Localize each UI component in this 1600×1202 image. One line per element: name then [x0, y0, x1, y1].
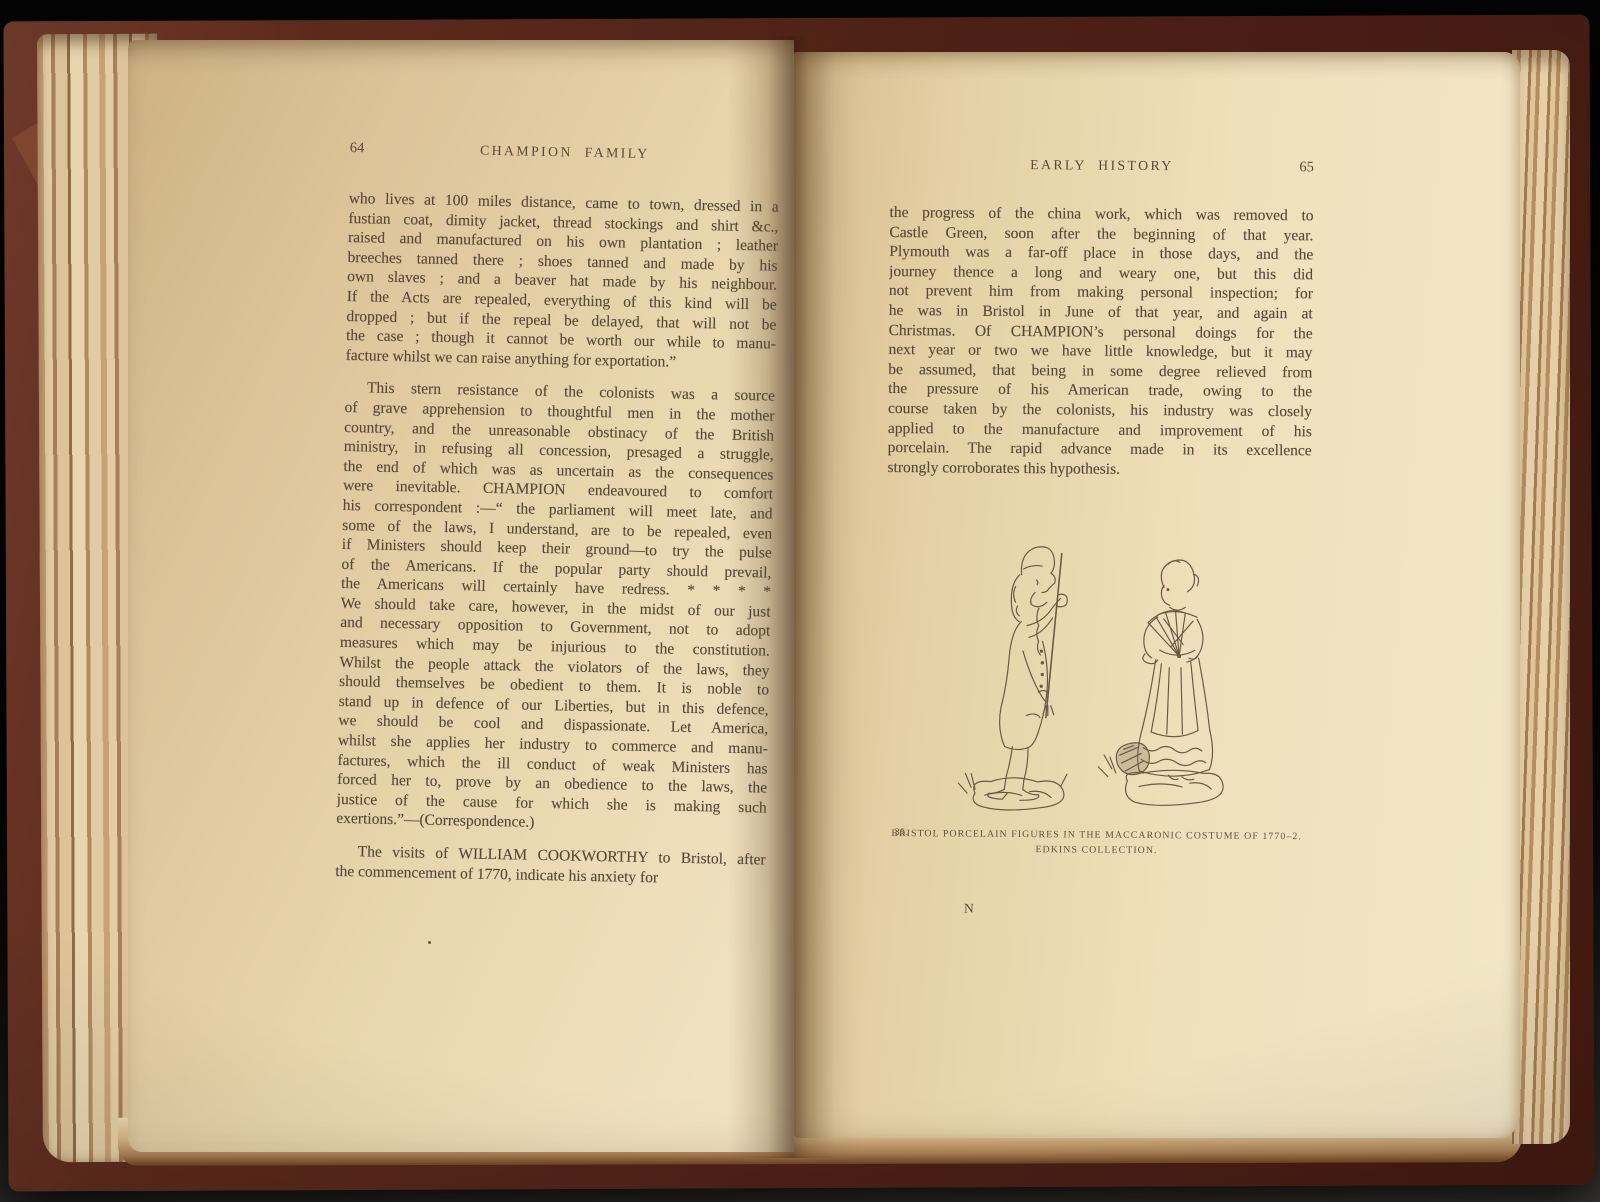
signature-mark: N: [964, 901, 1308, 920]
porcelain-figures-illustration: [932, 524, 1264, 815]
photo-of-open-book: 64 CHAMPION FAMILY who lives at 100 mile…: [0, 0, 1600, 1202]
figure-number: 35.: [895, 827, 909, 838]
text-line: he was in Bristol in June of that year, …: [889, 301, 1313, 324]
text-line: course taken by the colonists, his indus…: [888, 399, 1312, 422]
running-head-spacer: [736, 160, 780, 161]
left-page-content: 64 CHAMPION FAMILY who lives at 100 mile…: [335, 140, 780, 890]
paragraph: the progress of the china work, which wa…: [887, 203, 1313, 481]
page-number-left: 64: [350, 140, 394, 158]
figure-caption: 35. BRISTOL PORCELAIN FIGURES IN THE MAC…: [884, 826, 1308, 859]
left-page-body-text: who lives at 100 miles distance, came to…: [335, 189, 779, 890]
right-page-content: EARLY HISTORY 65 the progress of the chi…: [884, 156, 1314, 920]
figure-caption-line2: EDKINS COLLECTION.: [884, 841, 1308, 859]
page-number-right: 65: [1270, 159, 1314, 176]
text-line: the progress of the china work, which wa…: [889, 203, 1313, 226]
man-figure: [958, 546, 1068, 810]
ink-speck: [428, 941, 431, 944]
text-line: strongly corroborates this hypothesis.: [887, 458, 1311, 481]
running-head-right: EARLY HISTORY: [934, 156, 1270, 175]
woman-figure: [1098, 560, 1225, 806]
right-running-head-row: EARLY HISTORY 65: [890, 156, 1314, 176]
paragraph: This stern resistance of the colonists w…: [336, 378, 775, 837]
right-page-body-text: the progress of the china work, which wa…: [887, 203, 1313, 481]
paragraph: who lives at 100 miles distance, came to…: [345, 189, 778, 374]
page-edges-right: [1512, 50, 1570, 1144]
